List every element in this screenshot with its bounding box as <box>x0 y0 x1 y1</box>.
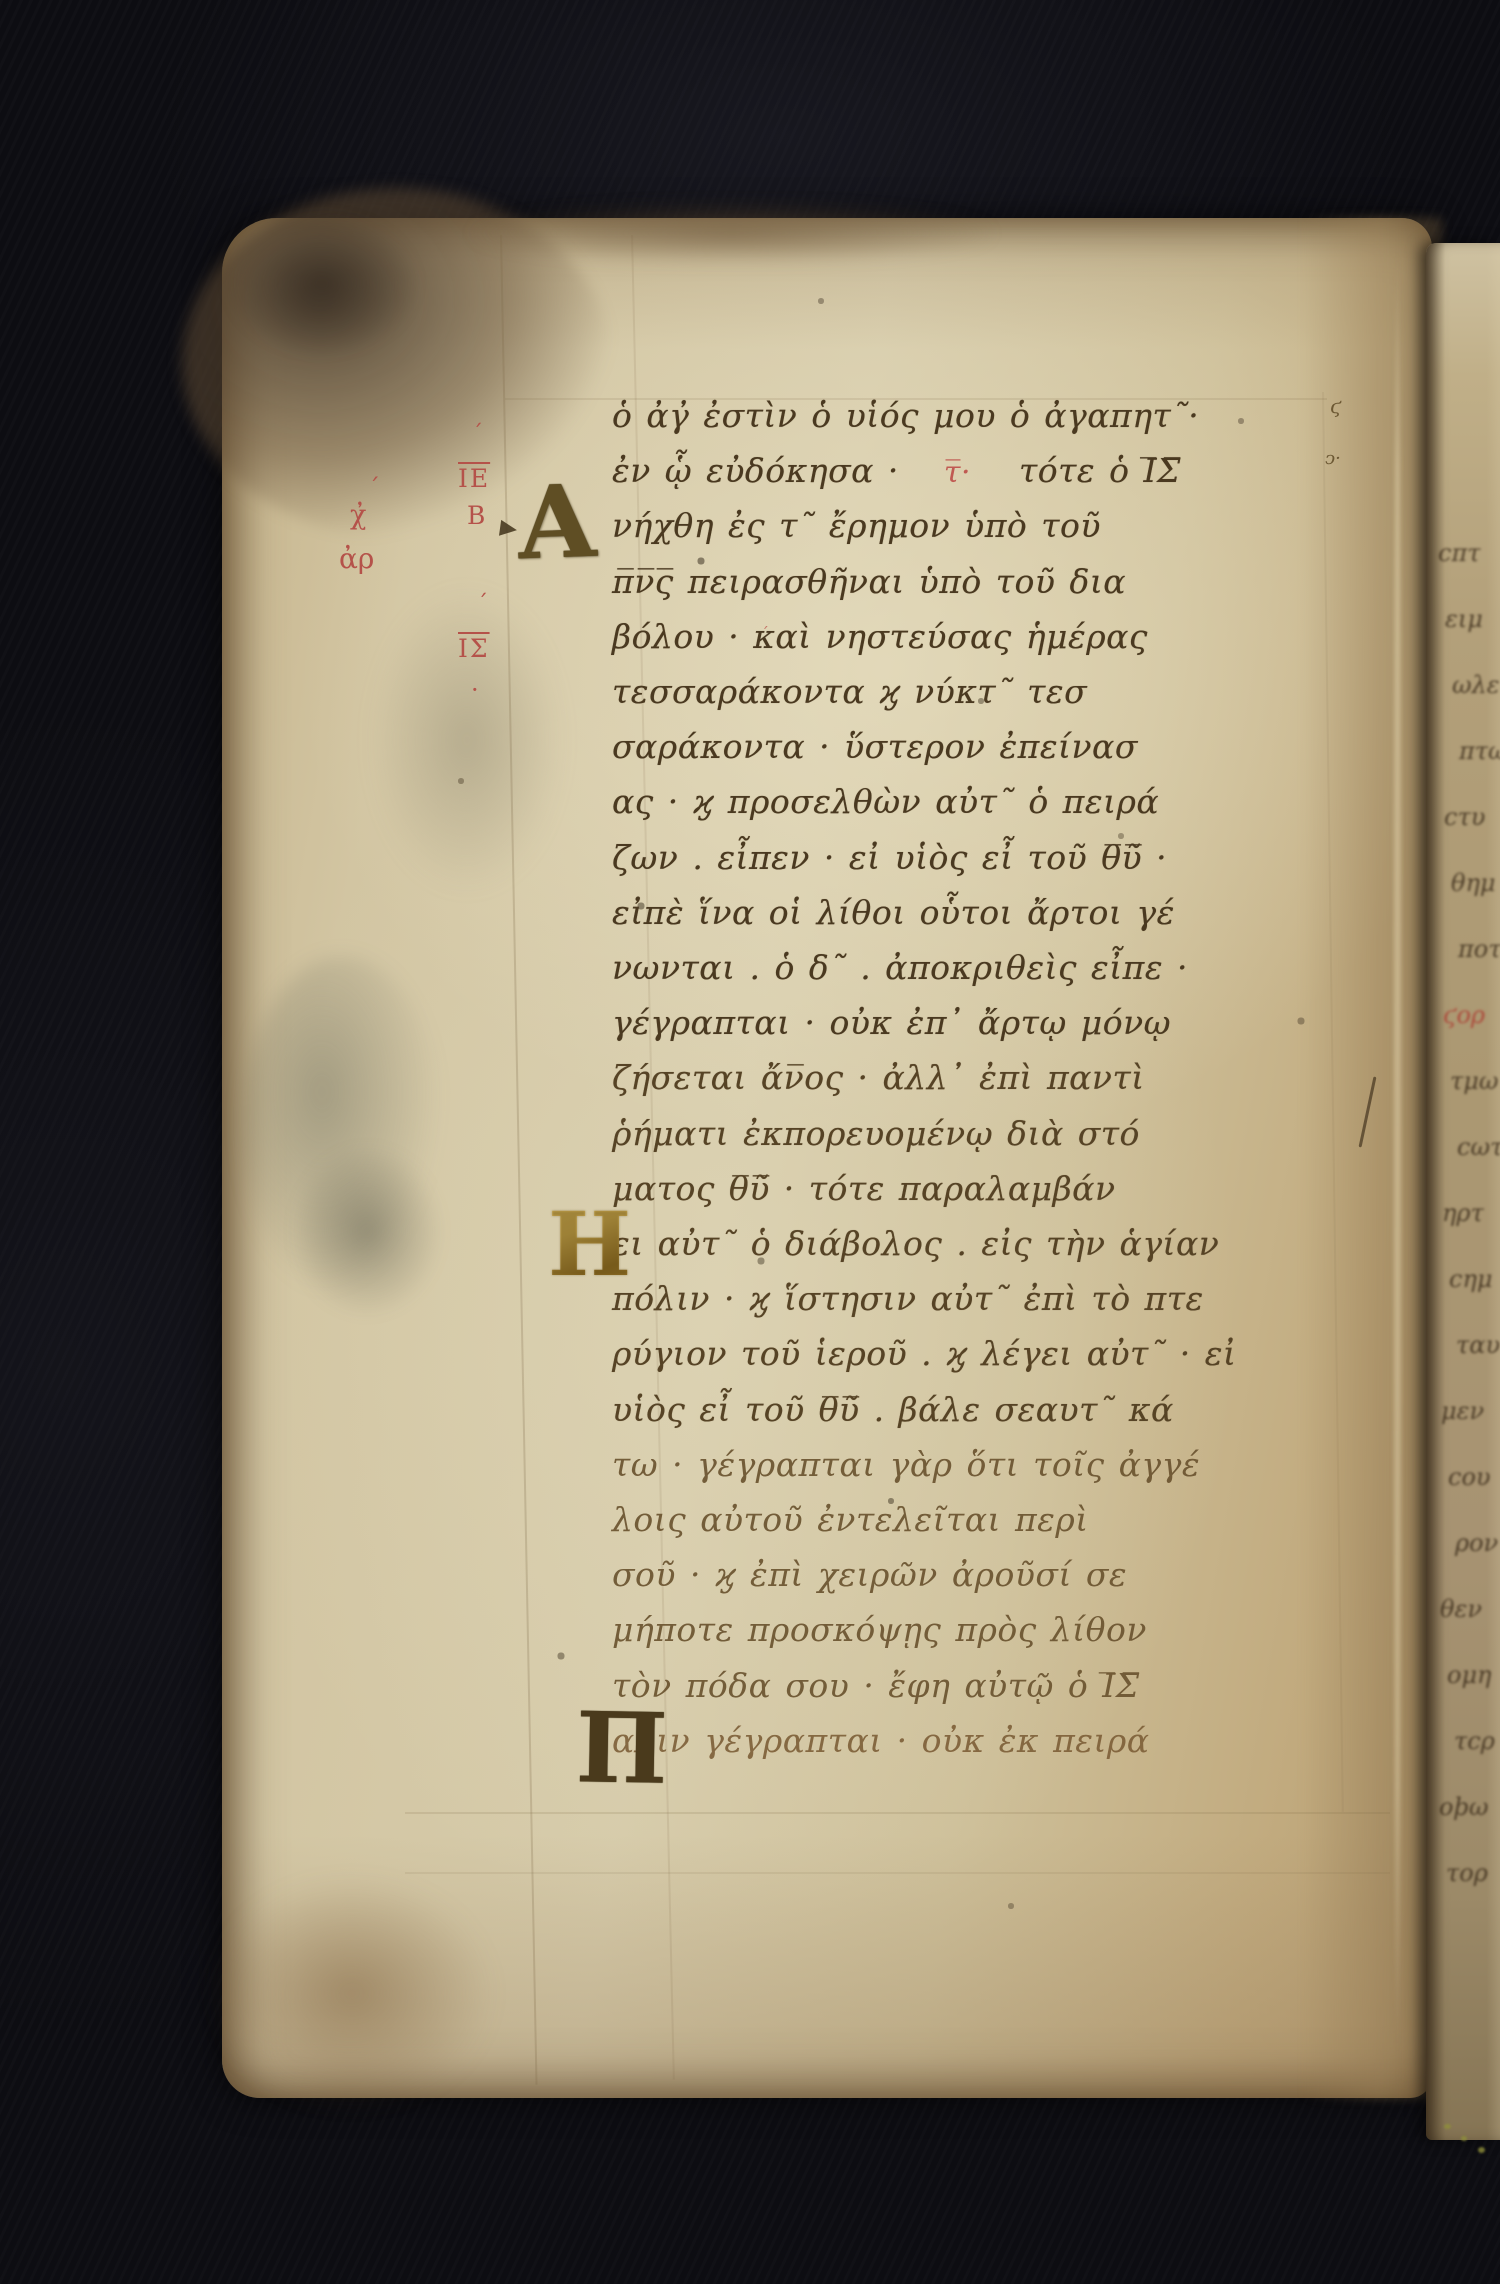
paragraph-wedge-mark <box>499 520 518 538</box>
facing-page-text-fragment: θεν <box>1440 1595 1482 1623</box>
manuscript-text-line: τεσσαράκοντα ϗ νύκτ῀ τεσ <box>612 672 1087 711</box>
facing-page-text-fragment: ρον <box>1455 1529 1498 1557</box>
line-text: πόλιν · ϗ ἵστησιν αὐτ῀ ἐπὶ τὸ πτε <box>612 1279 1204 1318</box>
line-text: π̅ν̅ς̅ πειρασθῆναι ὑπὸ τοῦ δια <box>612 562 1126 601</box>
margin-note-ie-tick: ´ <box>472 424 483 446</box>
manuscript-text-line: ει αὐτ῀ ὁ διάβολος . εἰς τὴν ἁγίαν <box>612 1224 1219 1263</box>
text-block: ὁ ἀγ̓ ἐστὶν ὁ υἱός μου ὁ ἀγαπητ῀·ἐν ᾧ εὐ… <box>612 396 1352 1836</box>
gold-initial-eta: Η <box>548 1200 631 1288</box>
manuscript-text-line: βόλου · καὶ νηστεύσας ἡμέρας <box>612 617 1148 656</box>
line-text-continued: τότε ὁ Ι̅Σ̅ <box>1019 451 1181 490</box>
line-text: ζήσεται ἄν̅ος · ἀλλ᾿ ἐπὶ παντὶ <box>612 1058 1145 1097</box>
margin-note-ar: ἀρ <box>339 545 374 573</box>
facing-page-edge: ϲπτειμωλεπτωϲτυθημποτεϛορτμωϲωτηρτϲημταυ… <box>1426 243 1500 2140</box>
manuscript-text-line: εἰπὲ ἵνα οἱ λίθοι οὗτοι ἄρτοι γέ <box>612 893 1175 932</box>
line-text: ὁ ἀγ̓ ἐστὶν ὁ υἱός μου ὁ ἀγαπητ῀· <box>612 396 1199 435</box>
line-text: τω · γέγραπται γὰρ ὅτι τοῖς ἀγγέ <box>612 1445 1200 1484</box>
line-text: σοῦ · ϗ ἐπὶ χειρῶν ἀροῦσί σε <box>612 1555 1127 1594</box>
manuscript-text-line: τω · γέγραπται γὰρ ὅτι τοῖς ἀγγέ <box>612 1445 1200 1484</box>
photograph-background: ὁ ἀγ̓ ἐστὶν ὁ υἱός μου ὁ ἀγαπητ῀·ἐν ᾧ εὐ… <box>0 0 1500 2284</box>
line-text: τὸν πόδα σου · ἔφη αὐτῷ ὁ Ι̅Σ̅ <box>612 1666 1140 1705</box>
line-text: βόλου · καὶ νηστεύσας ἡμέρας <box>612 617 1148 656</box>
line-end-flourish-2: ͻ· <box>1325 448 1341 469</box>
margin-note-is-dot: · <box>471 678 479 702</box>
facing-page-text-fragment: ϲημ <box>1449 1265 1492 1293</box>
line-text: τεσσαράκοντα ϗ νύκτ῀ τεσ <box>612 672 1087 711</box>
line-text: γέγραπται · οὐκ ἐπ᾿ ἄρτῳ μόνῳ <box>612 1003 1171 1042</box>
facing-page-text-fragment: οϸω <box>1439 1793 1488 1821</box>
line-text: ρύγιον τοῦ ἱεροῦ . ϗ λέγει αὐτ῀ · εἰ <box>612 1334 1236 1373</box>
manuscript-text-line: ἐν ᾧ εὐδόκησα ·τ̅·τότε ὁ Ι̅Σ̅ <box>612 451 1181 490</box>
stain-top-left-core <box>222 208 422 358</box>
margin-note-chi: χ̓ <box>350 502 366 529</box>
margin-note-is: ΙΣ <box>458 636 490 661</box>
illuminated-initial-alpha: Α <box>516 471 597 574</box>
stain-left-middle <box>242 956 442 1296</box>
manuscript-text-line: υἱὸς εἶ τοῦ θ̅ῦ̅ . βάλε σεαυτ῀ κά <box>612 1390 1174 1429</box>
manuscript-text-line: μήποτε προσκόψῃς πρὸς λίθον <box>612 1610 1147 1649</box>
margin-note-ie: ΙΕ <box>458 466 490 491</box>
line-text: ας · ϗ προσελθὼν αὐτ῀ ὁ πειρά <box>612 782 1159 821</box>
manuscript-text-line: νήχθη ἐς τ῀ ἔρημον ὑπὸ τοῦ <box>612 506 1101 545</box>
facing-page-text-fragment: ϲωτ <box>1457 1133 1500 1161</box>
ink-speckles <box>222 218 224 220</box>
stain-left-middle-2 <box>292 1146 442 1316</box>
manuscript-text-line: ὁ ἀγ̓ ἐστὶν ὁ υἱός μου ὁ ἀγαπητ῀· <box>612 396 1199 435</box>
stain-bottom-left <box>212 1878 492 2108</box>
manuscript-text-line: π̅ν̅ς̅ πειρασθῆναι ὑπὸ τοῦ δια <box>612 562 1126 601</box>
manuscript-text-line: ας · ϗ προσελθὼν αὐτ῀ ὁ πειρά <box>612 782 1159 821</box>
facing-page-text-fragment: ομη <box>1447 1661 1491 1689</box>
line-text: ει αὐτ῀ ὁ διάβολος . εἰς τὴν ἁγίαν <box>612 1224 1219 1263</box>
margin-note-chi-tick: ´ <box>368 476 380 500</box>
manuscript-text-line: νωνται . ὁ δ῀ . ἀποκριθεὶς εἶπε · <box>612 948 1188 987</box>
line-text: εἰπὲ ἵνα οἱ λίθοι οὗτοι ἄρτοι γέ <box>612 893 1175 932</box>
manuscript-text-line: ματος θ̅ῦ̅ · τότε παραλαμβάν <box>612 1169 1116 1208</box>
line-text: σαράκοντα · ὕστερον ἐπείνασ <box>612 727 1138 766</box>
facing-page-text-fragment: ποτε <box>1458 935 1500 963</box>
manuscript-text-line: πόλιν · ϗ ἵστησιν αὐτ῀ ἐπὶ τὸ πτε <box>612 1279 1204 1318</box>
stain-top-edge <box>472 202 992 264</box>
ruling-line-bottom-2 <box>405 1872 1390 1874</box>
initial-pi: Π <box>575 1699 668 1798</box>
facing-page-text-fragment: τμω <box>1450 1067 1498 1095</box>
facing-page-text-fragment: ταυ <box>1456 1331 1500 1359</box>
page-crease-highlight <box>1394 248 1401 2058</box>
facing-page-rubric-fragment: ϛορ <box>1443 1001 1485 1029</box>
line-text: ματος θ̅ῦ̅ · τότε παραλαμβάν <box>612 1169 1116 1208</box>
line-text: ζων . εἶπεν · εἰ υἱὸς εἶ τοῦ θ̅ῦ̅ · <box>612 838 1167 877</box>
manuscript-text-line: ῥήματι ἐκπορευομένῳ διὰ στό <box>612 1114 1140 1153</box>
facing-page-text-fragment: μεν <box>1441 1397 1484 1425</box>
line-text: νωνται . ὁ δ῀ . ἀποκριθεὶς εἶπε · <box>612 948 1188 987</box>
facing-page-text-fragment: ωλε <box>1452 671 1500 699</box>
facing-page-text-fragment: πτω <box>1459 737 1500 765</box>
gold-speck <box>1461 2136 1467 2141</box>
line-text: ἐν ᾧ εὐδόκησα · <box>612 451 899 490</box>
manuscript-text-line: λοις αὐτοῦ ἐντελεῖται περὶ <box>612 1500 1089 1539</box>
facing-page-text-fragment: ειμ <box>1445 605 1483 633</box>
gold-speck <box>1478 2147 1485 2153</box>
manuscript-text-line: αλιν γέγραπται · οὐκ ἐκ πειρά <box>612 1721 1150 1760</box>
manuscript-text-line: ζήσεται ἄν̅ος · ἀλλ᾿ ἐπὶ παντὶ <box>612 1058 1145 1097</box>
manuscript-text-line: ρύγιον τοῦ ἱεροῦ . ϗ λέγει αὐτ῀ · εἰ <box>612 1334 1236 1373</box>
manuscript-text-line: γέγραπται · οὐκ ἐπ᾿ ἄρτῳ μόνῳ <box>612 1003 1171 1042</box>
facing-page-text-fragment: τϲρ <box>1454 1727 1495 1755</box>
margin-note-beta: Β <box>467 503 485 528</box>
manuscript-text-line: σοῦ · ϗ ἐπὶ χειρῶν ἀροῦσί σε <box>612 1555 1127 1594</box>
manuscript-text-line: σαράκοντα · ὕστερον ἐπείνασ <box>612 727 1138 766</box>
facing-page-text-fragment: ϲπτ <box>1438 539 1481 567</box>
line-text: υἱὸς εἶ τοῦ θ̅ῦ̅ . βάλε σεαυτ῀ κά <box>612 1390 1174 1429</box>
inline-rubric-mark: τ̅· <box>944 455 971 490</box>
facing-page-text-fragment: ηρτ <box>1442 1199 1484 1227</box>
line-text: ῥήματι ἐκπορευομένῳ διὰ στό <box>612 1114 1140 1153</box>
manuscript-text-line: ζων . εἶπεν · εἰ υἱὸς εἶ τοῦ θ̅ῦ̅ · <box>612 838 1167 877</box>
line-text: αλιν γέγραπται · οὐκ ἐκ πειρά <box>612 1721 1150 1760</box>
facing-page-text-fragment: θημ <box>1451 869 1495 897</box>
line-end-flourish-1: ϛ <box>1330 394 1341 418</box>
facing-page-text-fragment: τορ <box>1446 1859 1488 1887</box>
line-text: νήχθη ἐς τ῀ ἔρημον ὑπὸ τοῦ <box>612 506 1101 545</box>
line-text: λοις αὐτοῦ ἐντελεῖται περὶ <box>612 1500 1089 1539</box>
red-accent-mark: ´ <box>761 626 769 642</box>
gold-speck <box>1444 2124 1451 2129</box>
facing-page-text-fragment: ϲτυ <box>1444 803 1485 831</box>
facing-page-text-fragment: ϲου <box>1448 1463 1490 1491</box>
manuscript-text-line: τὸν πόδα σου · ἔφη αὐτῷ ὁ Ι̅Σ̅ <box>612 1666 1140 1705</box>
margin-note-is-tick: ´ <box>477 594 488 616</box>
line-text: μήποτε προσκόψῃς πρὸς λίθον <box>612 1610 1147 1649</box>
